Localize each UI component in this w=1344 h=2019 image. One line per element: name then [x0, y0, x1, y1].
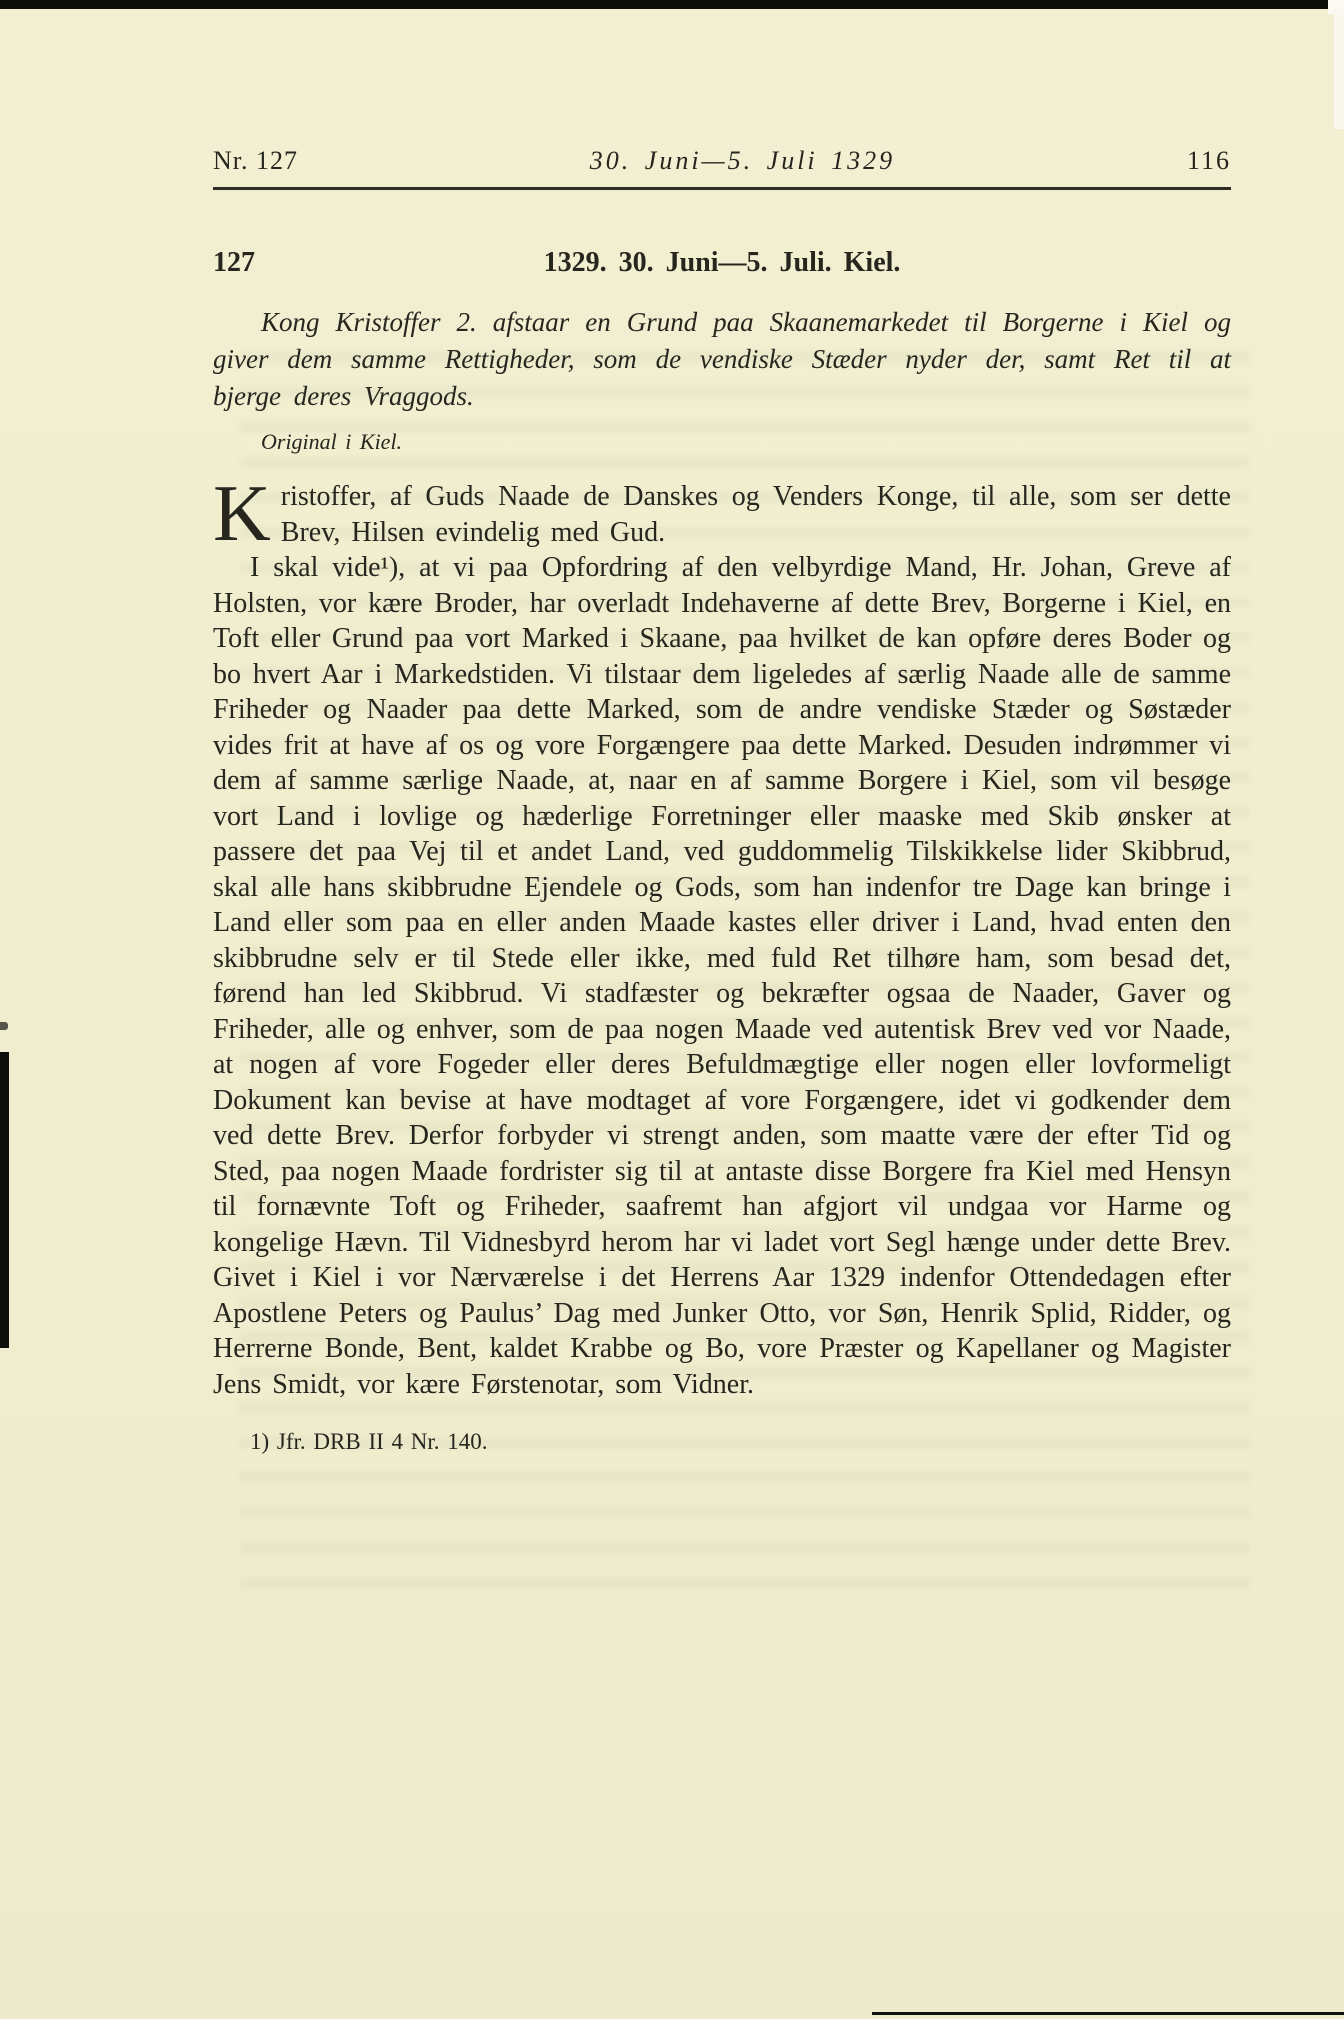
entry-title: 1329. 30. Juni—5. Juli. Kiel.	[213, 247, 1231, 279]
salutation-text: ristoffer, af Guds Naade de Danskes og V…	[281, 481, 1231, 548]
entry-summary: Kong Kristoffer 2. afstaar en Grund paa …	[213, 304, 1231, 415]
running-header: Nr. 127 30. Juni—5. Juli 1329 116	[213, 146, 1231, 176]
scan-bottom-edge-artifact	[872, 2012, 1344, 2015]
entry-number: 127	[213, 247, 255, 279]
scan-left-speck-artifact	[0, 1022, 8, 1030]
letter-body: Kristoffer, af Guds Naade de Danskes og …	[213, 479, 1231, 1402]
text-column: Nr. 127 30. Juni—5. Juli 1329 116 127 13…	[213, 0, 1231, 1455]
book-page-scan: Nr. 127 30. Juni—5. Juli 1329 116 127 13…	[0, 0, 1344, 2019]
drop-cap: K	[213, 479, 281, 545]
scan-right-edge-artifact	[1334, 9, 1344, 129]
header-entry-number: Nr. 127	[213, 146, 298, 176]
header-rule	[213, 187, 1231, 190]
scan-left-edge-artifact	[0, 1052, 9, 1348]
header-page-number: 116	[1187, 146, 1231, 176]
footnote: 1) Jfr. DRB II 4 Nr. 140.	[250, 1428, 1231, 1455]
header-date-range: 30. Juni—5. Juli 1329	[590, 146, 895, 176]
source-note: Original i Kiel.	[261, 429, 1231, 455]
entry-heading-row: 127 1329. 30. Juni—5. Juli. Kiel.	[213, 247, 1231, 279]
main-text-paragraph: I skal vide¹), at vi paa Opfordring af d…	[213, 550, 1231, 1402]
salutation-paragraph: Kristoffer, af Guds Naade de Danskes og …	[213, 479, 1231, 550]
